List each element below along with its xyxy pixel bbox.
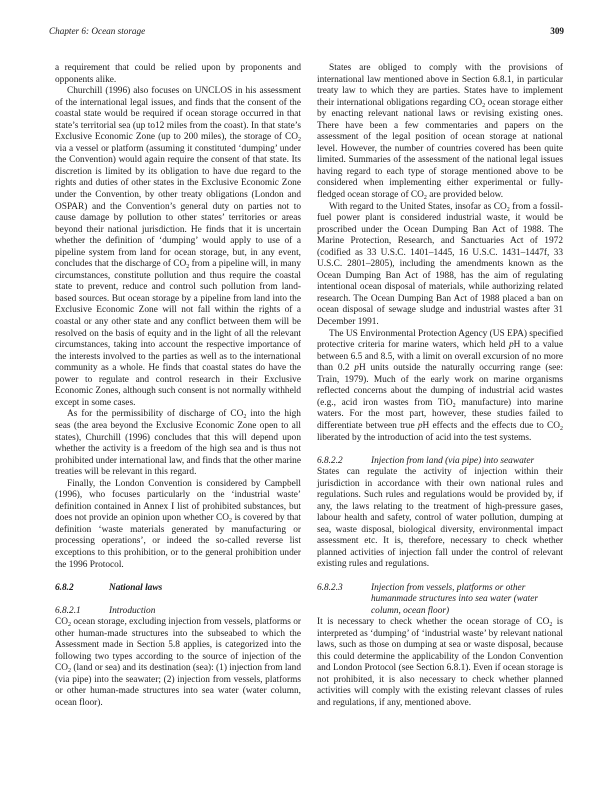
subsection-number: 6.8.2.3 [317,583,371,618]
paragraph: Churchill (1996) also focuses on UNCLOS … [55,86,301,409]
running-header: Chapter 6: Ocean storage 309 [49,26,564,40]
paragraph: States are obliged to comply with the pr… [317,63,563,202]
right-column: States are obliged to comply with the pr… [317,63,563,710]
subsection-heading-6-8-2-1: 6.8.2.1 Introduction [55,606,301,618]
subsection-number: 6.8.2.1 [55,606,109,618]
section-title: National laws [109,583,162,595]
subsection-number: 6.8.2.2 [317,456,371,468]
section-heading-6-8-2: 6.8.2 National laws [55,583,301,595]
paragraph: It is necessary to check whether the oce… [317,617,563,709]
subsection-title: Injection from vessels, platforms or oth… [371,583,563,618]
paragraph: a requirement that could be relied upon … [55,63,301,86]
chapter-title: Chapter 6: Ocean storage [49,26,145,36]
paragraph: States can regulate the activity of inje… [317,467,563,571]
section-number: 6.8.2 [55,583,109,595]
paragraph: With regard to the United States, insofa… [317,202,563,329]
page-number: 309 [550,26,564,36]
paragraph: CO2 ocean storage, excluding injection f… [55,617,301,709]
paragraph: The US Environmental Protection Agency (… [317,329,563,444]
subsection-heading-6-8-2-3: 6.8.2.3 Injection from vessels, platform… [317,583,563,618]
paragraph: As for the permissibility of discharge o… [55,409,301,478]
subsection-title: Injection from land (via pipe) into seaw… [371,456,563,468]
paragraph: Finally, the London Convention is consid… [55,479,301,571]
subsection-title: Introduction [109,606,301,618]
left-column: a requirement that could be relied upon … [55,63,301,710]
subsection-heading-6-8-2-2: 6.8.2.2 Injection from land (via pipe) i… [317,456,563,468]
